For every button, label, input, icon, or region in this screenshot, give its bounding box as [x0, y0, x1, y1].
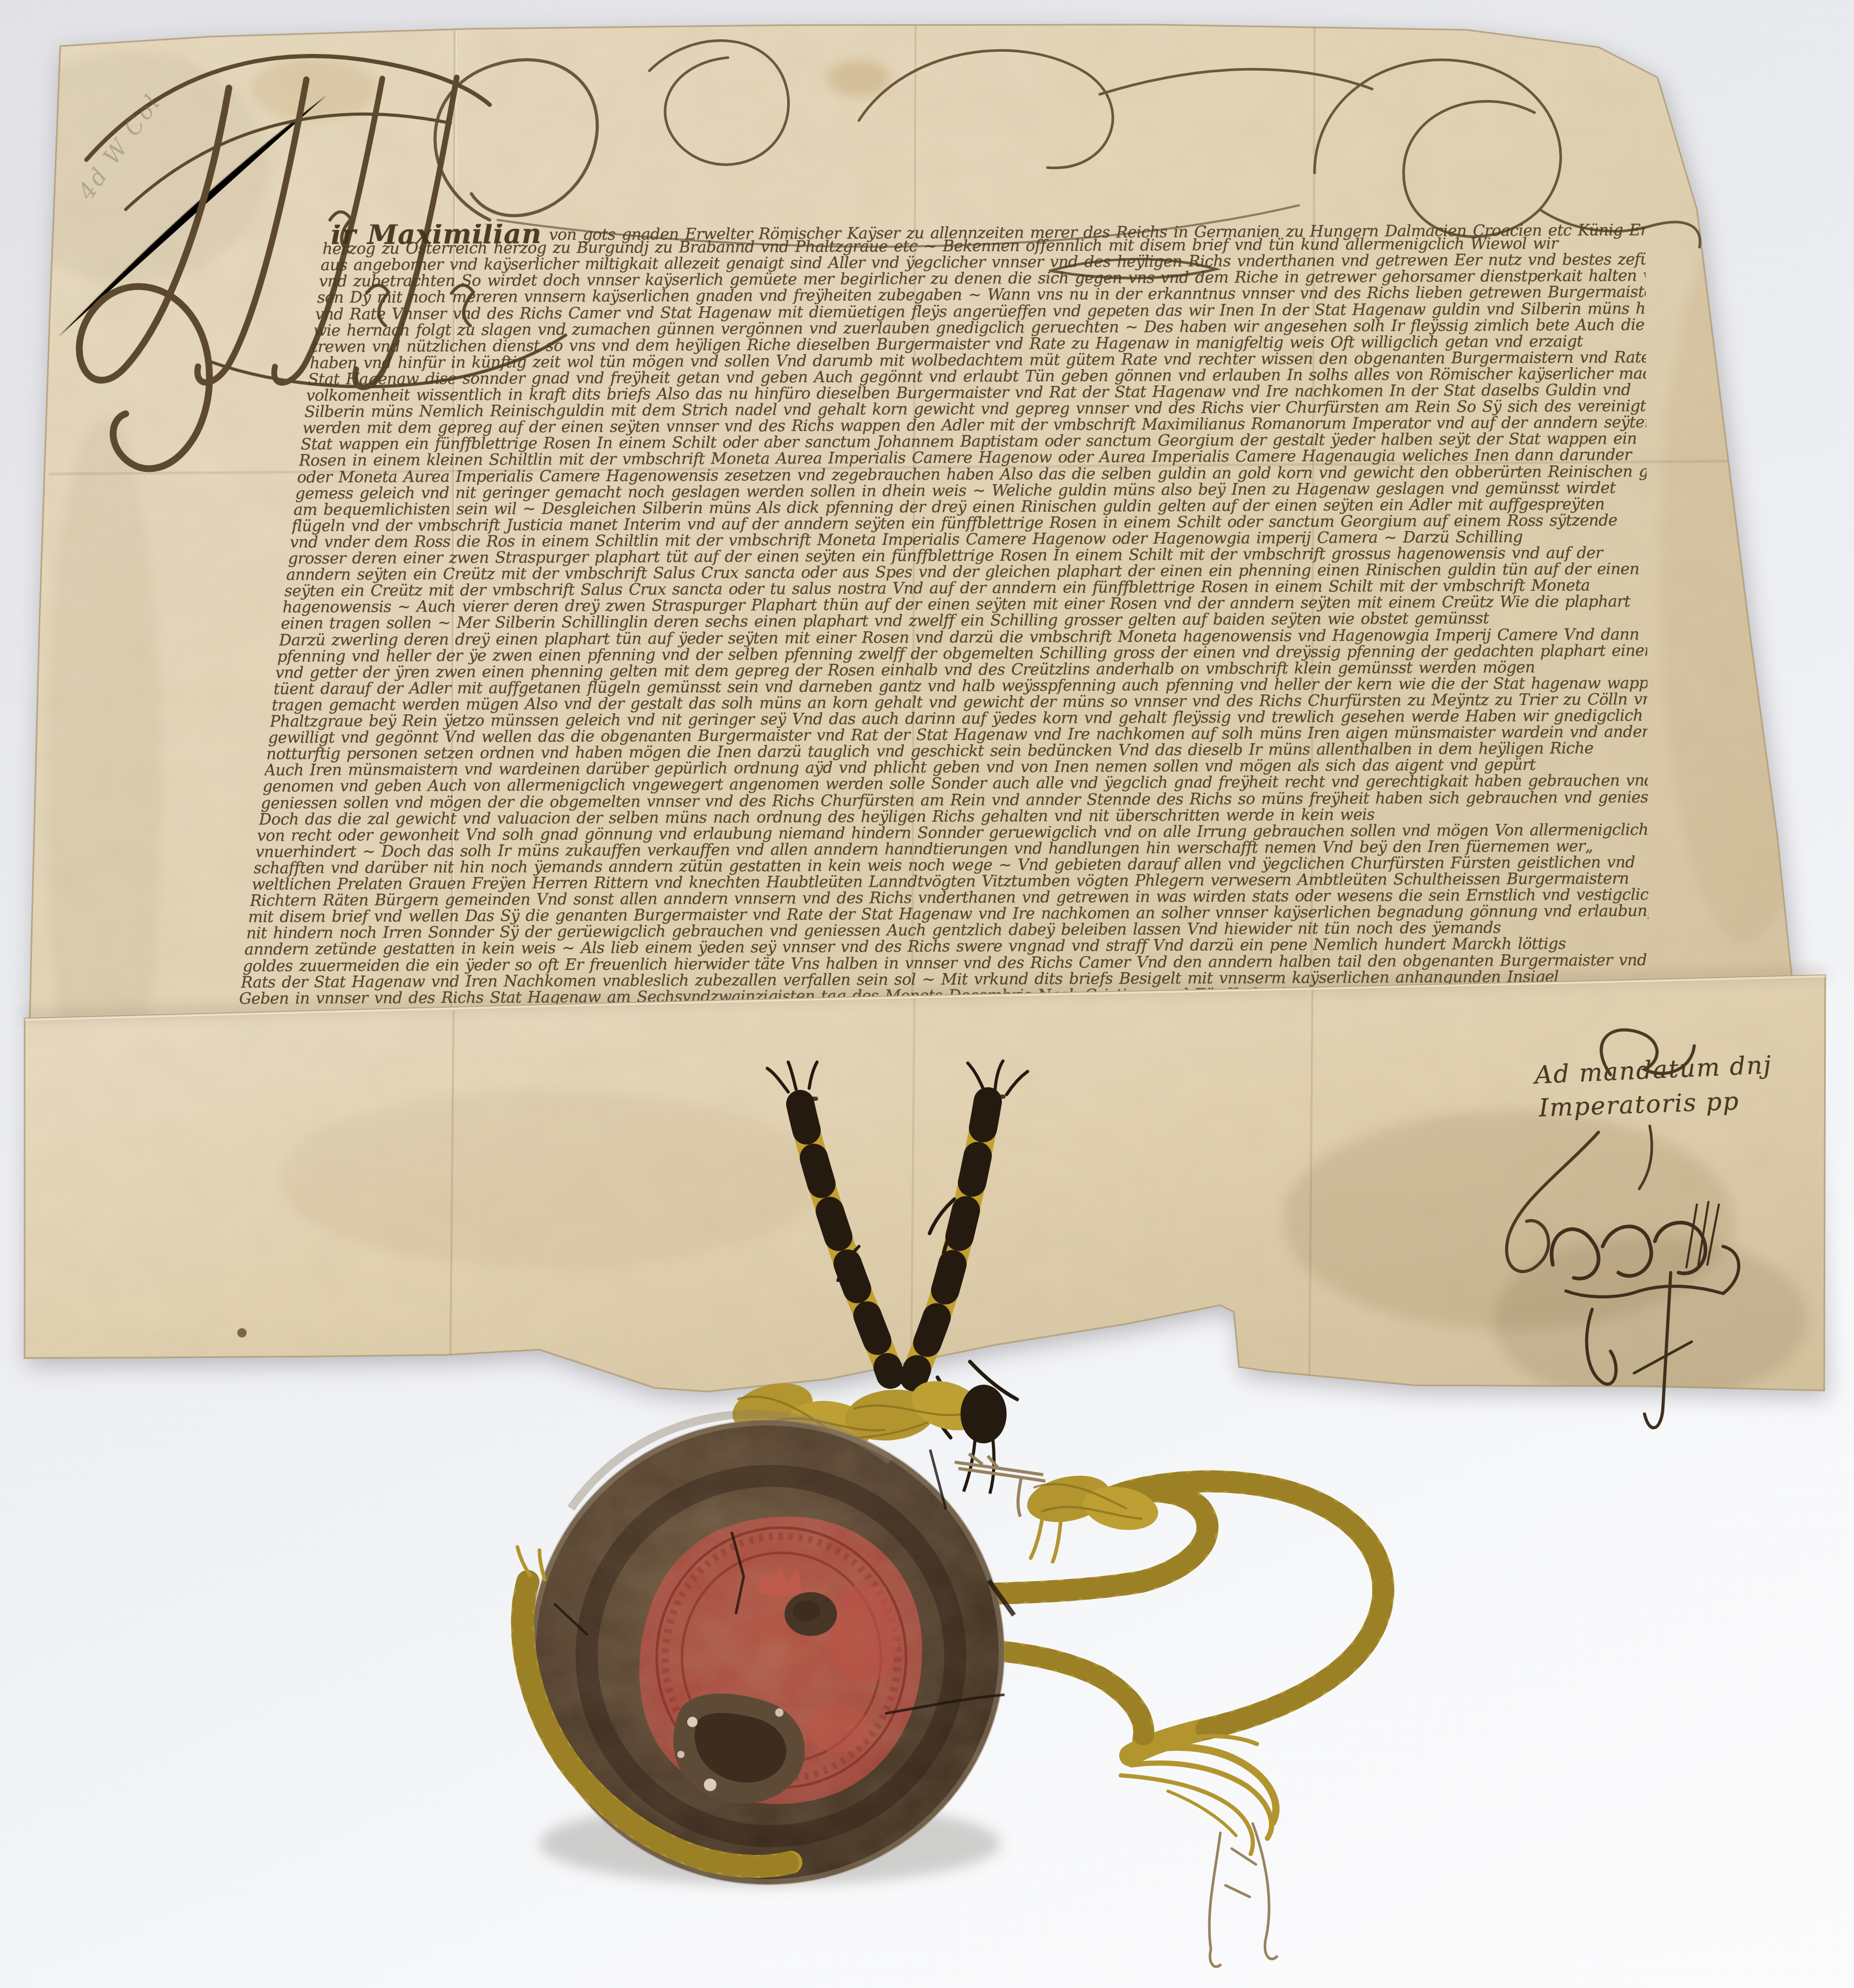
parchment-speck: [237, 1328, 247, 1338]
cord-dangling-threads: [1209, 1824, 1277, 1967]
photo-scene: 4d W Col ir Maximilianvon gots gnaden Er…: [0, 0, 1854, 1988]
black-tassel: [961, 1385, 1007, 1443]
cord-frayed-end: [1121, 1736, 1276, 1854]
plica-and-seal-layer: Illegible chancery counter-signature wit…: [0, 0, 1854, 1988]
